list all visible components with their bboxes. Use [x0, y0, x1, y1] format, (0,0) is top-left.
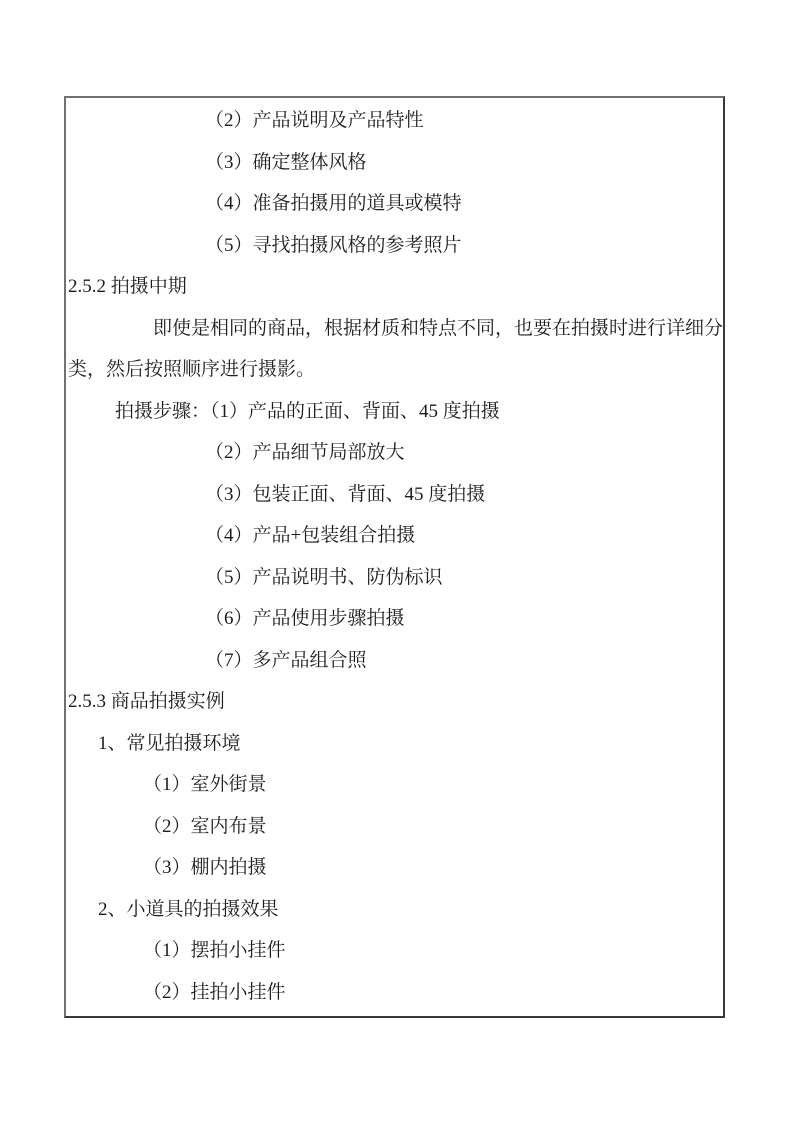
text-line: 2.5.2 拍摄中期 — [66, 266, 723, 308]
text-line: （2）挂拍小挂件 — [66, 972, 723, 1014]
text-line: 即使是相同的商品，根据材质和特点不同，也要在拍摄时进行详细分 — [66, 308, 723, 350]
text-line: （5）产品说明书、防伪标识 — [66, 557, 723, 599]
text-line: （3）棚内拍摄 — [66, 847, 723, 889]
text-line: （4）准备拍摄用的道具或模特 — [66, 183, 723, 225]
text-line: 类，然后按照顺序进行摄影。 — [66, 349, 723, 391]
text-line: 1、常见拍摄环境 — [66, 723, 723, 765]
text-line: 拍摄步骤：（1）产品的正面、背面、45 度拍摄 — [66, 391, 723, 433]
text-line: （6）产品使用步骤拍摄 — [66, 598, 723, 640]
text-line: （2）产品细节局部放大 — [66, 432, 723, 474]
text-line: 2、小道具的拍摄效果 — [66, 889, 723, 931]
document-page: （2）产品说明及产品特性（3）确定整体风格（4）准备拍摄用的道具或模特（5）寻找… — [0, 0, 793, 1122]
text-line: （5）寻找拍摄风格的参考照片 — [66, 225, 723, 267]
text-line: （7）多产品组合照 — [66, 640, 723, 682]
text-line: （3）包装正面、背面、45 度拍摄 — [66, 474, 723, 516]
text-line: （1）室外街景 — [66, 764, 723, 806]
text-line: （2）室内布景 — [66, 806, 723, 848]
text-line: （2）产品说明及产品特性 — [66, 100, 723, 142]
text-line: （1）摆拍小挂件 — [66, 930, 723, 972]
text-line: 2.5.3 商品拍摄实例 — [66, 681, 723, 723]
text-line: （3）确定整体风格 — [66, 142, 723, 184]
document-table-cell: （2）产品说明及产品特性（3）确定整体风格（4）准备拍摄用的道具或模特（5）寻找… — [64, 96, 725, 1018]
text-line: （4）产品+包装组合拍摄 — [66, 515, 723, 557]
